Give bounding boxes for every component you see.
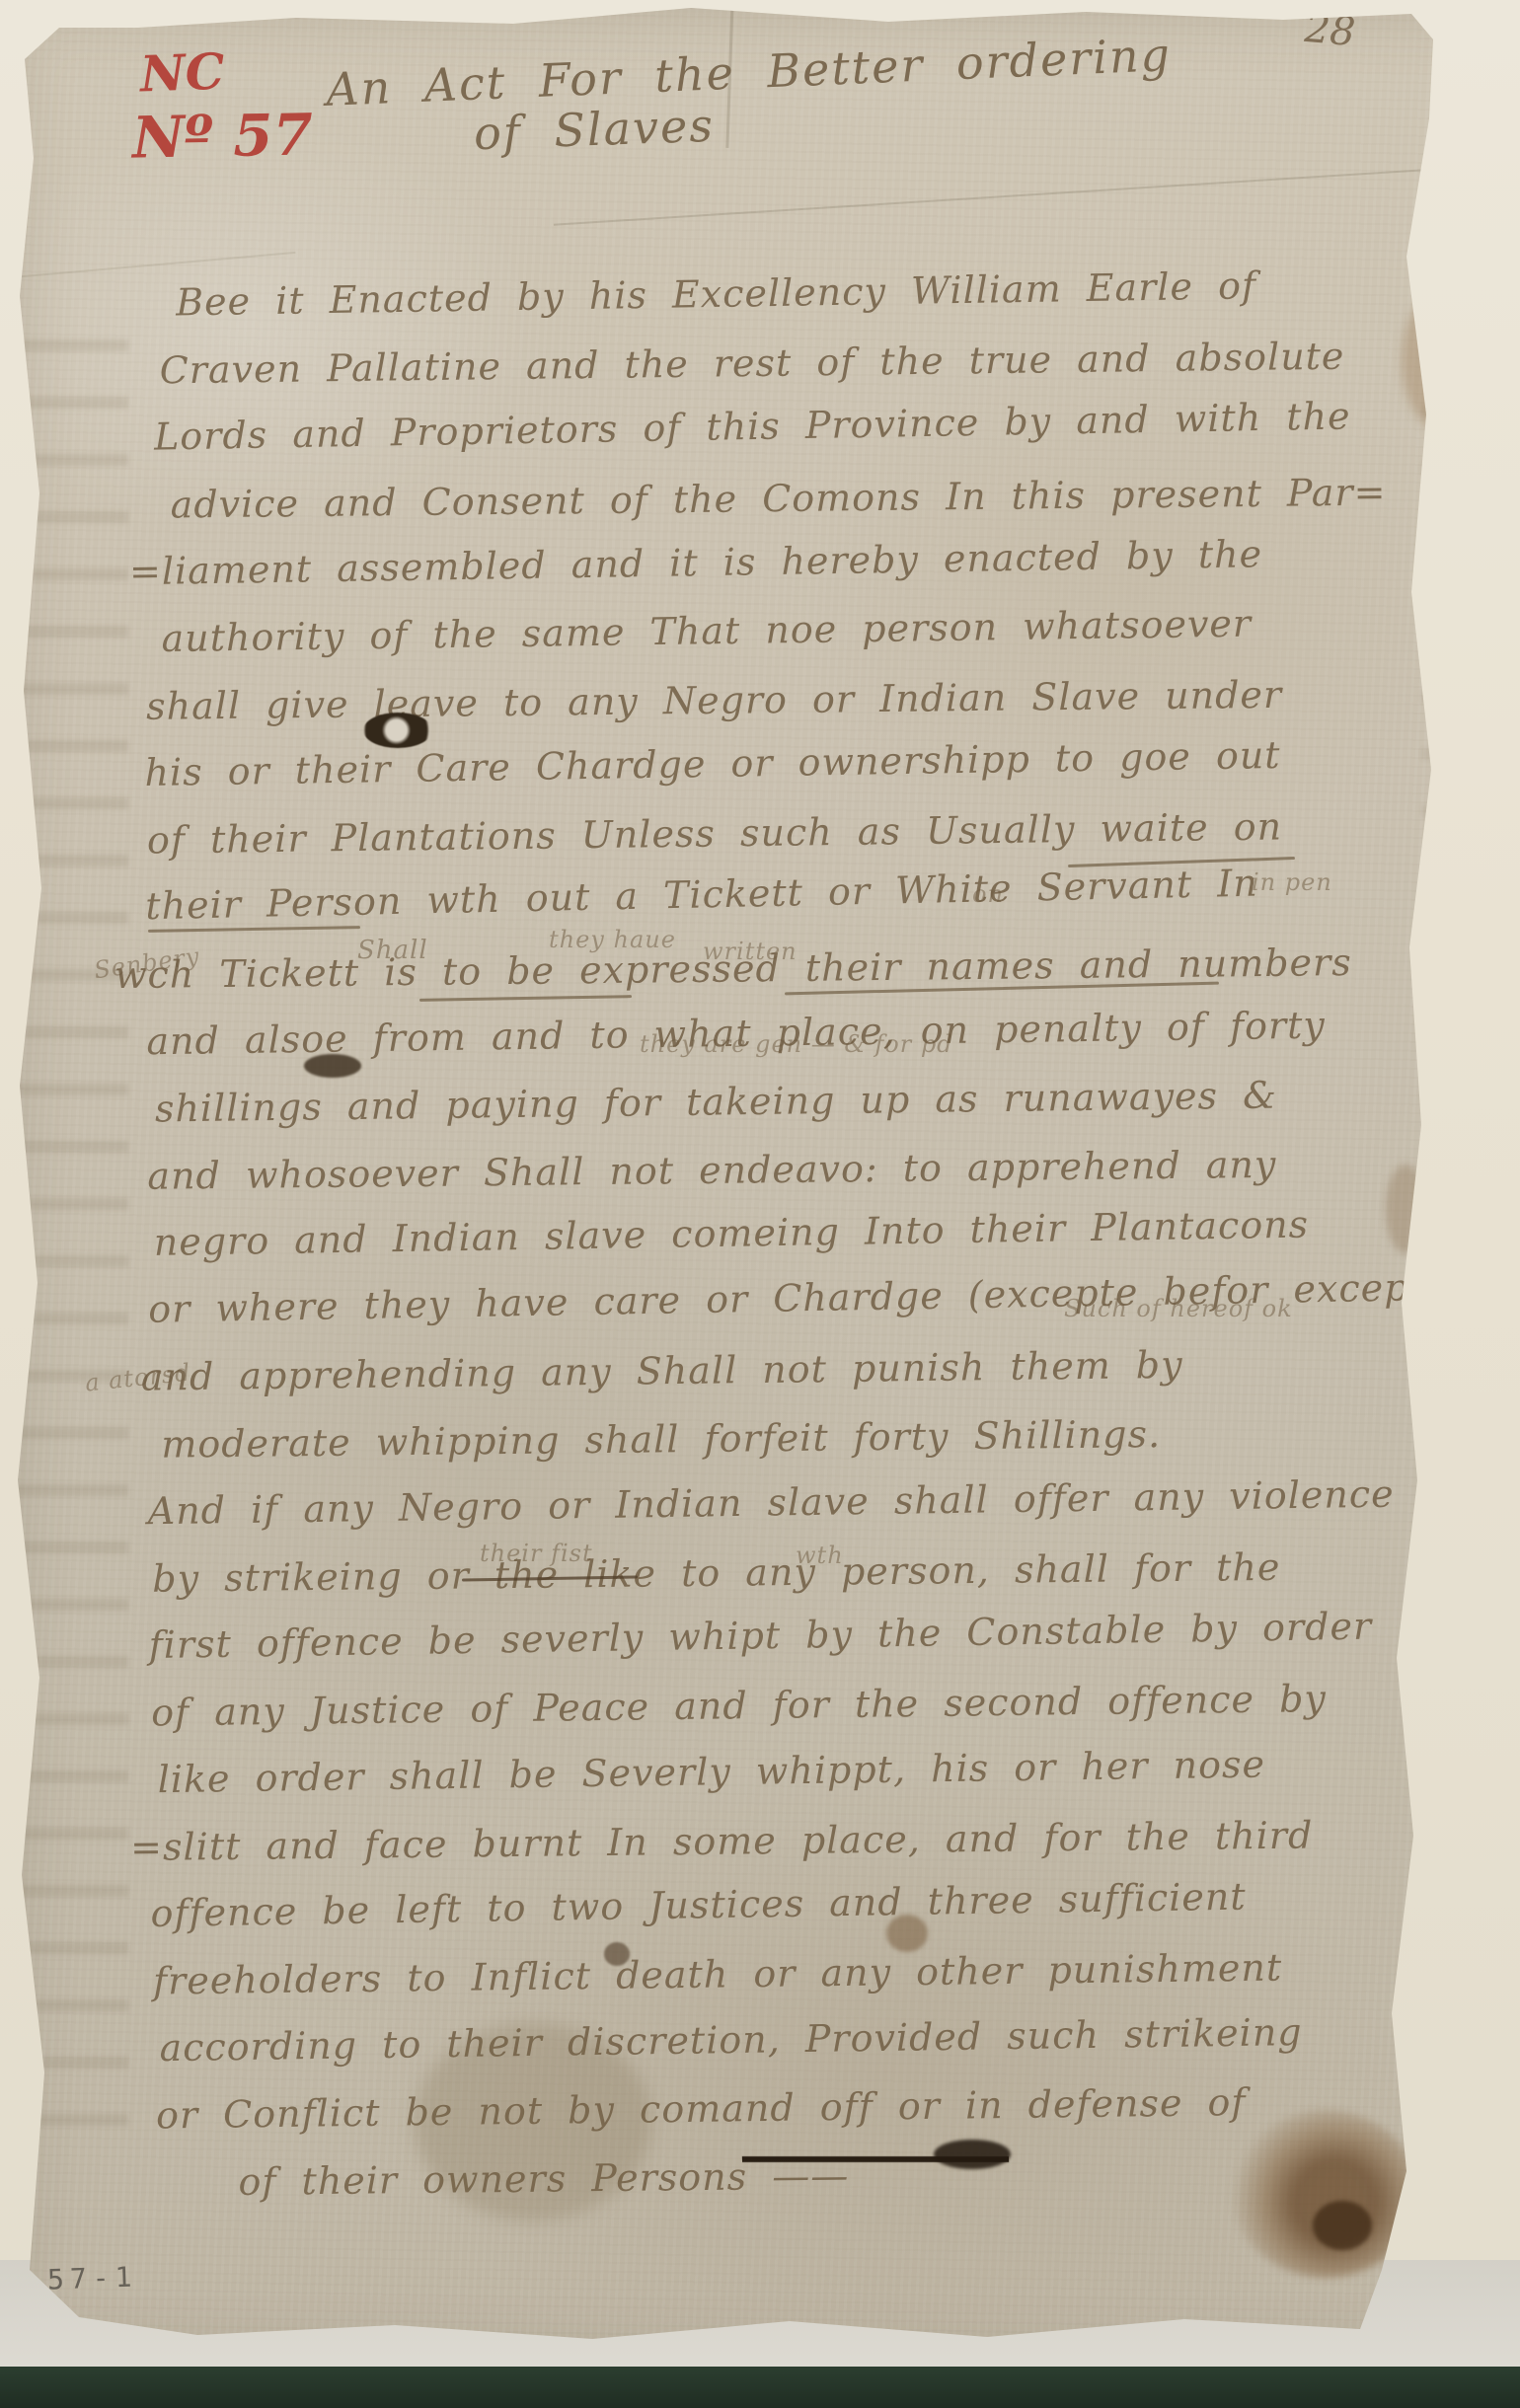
crease-line xyxy=(554,163,1519,226)
ink-blot xyxy=(304,1054,361,1078)
ink-blot xyxy=(934,2140,1011,2169)
crease-line xyxy=(0,252,295,279)
interlinear-note: wth xyxy=(796,1542,844,1569)
manuscript-body: Bee it Enacted by his Excellency William… xyxy=(0,273,1520,2230)
interlinear-note: Shall xyxy=(357,936,428,965)
interlinear-note: on xyxy=(972,880,1004,908)
bleedthrough-marks xyxy=(1421,257,1510,1836)
page-number: 28 xyxy=(1303,6,1357,55)
document-title-line1: An Act For the Better ordering xyxy=(325,28,1173,116)
pencil-mark: 57-1 xyxy=(46,2260,138,2295)
document-title-line2: of Slaves xyxy=(473,99,716,160)
interlinear-note: they haue xyxy=(549,926,676,953)
interlinear-note: Such of hereof ok xyxy=(1064,1295,1293,1322)
interlinear-note: written xyxy=(703,938,798,965)
archive-code-number: Nº 57 xyxy=(131,101,313,171)
interlinear-note: their fist xyxy=(480,1540,593,1567)
interlinear-note: they are gen — & for pd xyxy=(640,1030,953,1058)
archive-code-region: NC xyxy=(139,42,226,104)
ink-blot xyxy=(363,713,432,748)
manuscript-sheet: NC Nº 57 28 An Act For the Better orderi… xyxy=(0,0,1520,2369)
interlinear-note: in pen xyxy=(1252,868,1332,896)
manuscript-photo: { "photo": { "page_number": "28", "archi… xyxy=(0,0,1520,2408)
table-mat-strip xyxy=(0,2367,1520,2408)
